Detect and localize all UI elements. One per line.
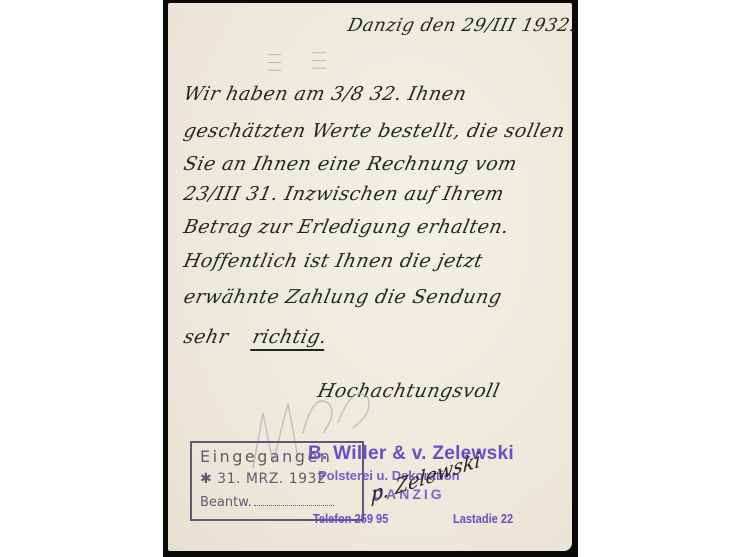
body-line-2: geschätzten Werte bestellt, die sollen <box>182 120 567 142</box>
body-line-5: Betrag zur Erledigung erhalten. <box>182 216 511 238</box>
company-phone: Telefon 259 95 <box>313 511 388 526</box>
receipt-stamp-date: ✱ 31. MRZ. 1932 <box>200 471 326 487</box>
body-line-8: sehr richtig. <box>182 326 330 348</box>
body-line-6: Hoffentlich ist Ihnen die jetzt <box>182 250 485 272</box>
company-address: Lastadie 22 <box>453 511 513 526</box>
body-line-4: 23/III 31. Inzwischen auf Ihrem <box>182 183 507 205</box>
show-through-mark: ||| <box>312 49 327 72</box>
receipt-stamp-reply-label: Beantw. <box>200 495 252 510</box>
postcard: Danzig den 29/III 1932. ||| ||| Wir habe… <box>168 3 572 551</box>
show-through-mark: ||| <box>267 51 282 74</box>
dotted-line <box>254 505 334 506</box>
underlined-word: richtig. <box>250 326 329 351</box>
receipt-stamp-reply: Beantw. <box>200 495 334 510</box>
company-name: B. Willer & v. Zelewski <box>308 443 514 465</box>
place-date: Danzig den 29/III 1932. <box>346 15 572 36</box>
body-line-3: Sie an Ihnen eine Rechnung vom <box>182 153 520 175</box>
body-line-8-word: sehr <box>182 326 231 348</box>
body-line-1: Wir haben am 3/8 32. Ihnen <box>182 83 469 105</box>
body-line-7: erwähnte Zahlung die Sendung <box>182 286 504 308</box>
